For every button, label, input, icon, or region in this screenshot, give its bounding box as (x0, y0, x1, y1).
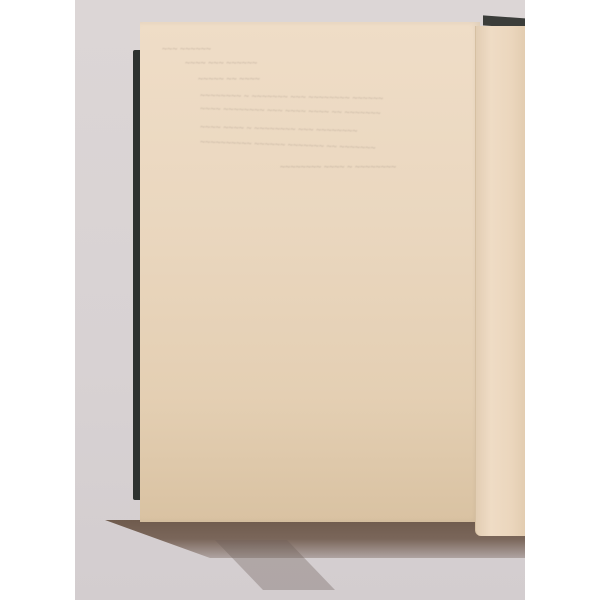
handwriting-line: ~~~~~ ~~ ~~~~ (198, 74, 260, 84)
facing-page-edge (475, 26, 525, 536)
handwriting-line: ~~~ ~~~~~~ (162, 44, 211, 54)
handwriting-line: ~~~~ ~~~~ ~ ~~~~~~~~ ~~~ ~~~~~~~~ (200, 122, 358, 136)
handwriting-line: ~~~~ ~~~~~~~~ ~~~ ~~~~ ~~~~ ~~ ~~~~~~~ (200, 104, 381, 119)
endpaper-page: ~~~ ~~~~~~ ~~~~ ~~~ ~~~~~~ ~~~~~ ~~ ~~~~… (140, 22, 480, 522)
handwriting-line: ~~~~~~~~ ~ ~~~~~~~ ~~~ ~~~~~~~~ ~~~~~~ (200, 90, 383, 103)
book-shadow (105, 520, 525, 558)
book-photo: ~~~ ~~~~~~ ~~~~ ~~~ ~~~~~~ ~~~~~ ~~ ~~~~… (75, 0, 525, 600)
handwriting-line: ~~~~ ~~~ ~~~~~~ (185, 58, 257, 68)
handwriting-line: ~~~~~~~~~~ ~~~~~~ ~~~~~~~ ~~ ~~~~~~~ (200, 137, 376, 153)
handwriting-line: ~~~~~~~~ ~~~~ ~ ~~~~~~~~ (280, 162, 396, 172)
